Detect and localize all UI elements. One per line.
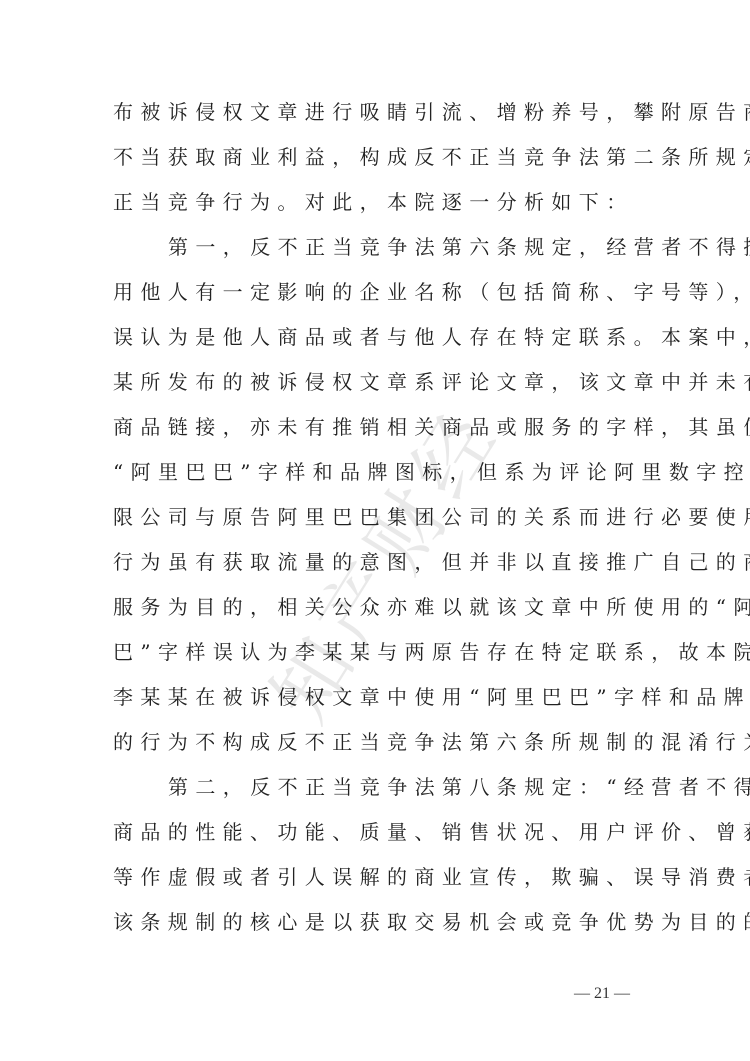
text-line: 误认为是他人商品或者与他人存在特定联系。本案中，李某 [113,315,643,360]
text-line: 正当竞争行为。对此，本院逐一分析如下： [113,180,643,225]
text-line: 等作虚假或者引人误解的商业宣传，欺骗、误导消费者。” [113,855,643,900]
page-number: — 21 — [574,985,630,1003]
text-line: 李某某在被诉侵权文章中使用“阿里巴巴”字样和品牌图标 [113,675,643,720]
text-line: 该条规制的核心是以获取交易机会或竞争优势为目的的商 [113,900,643,945]
text-line: 商品链接，亦未有推销相关商品或服务的字样，其虽使用了 [113,405,643,450]
text-line: 第一，反不正当竞争法第六条规定，经营者不得擅自使 [113,225,643,270]
document-page: 知产财经 布被诉侵权文章进行吸睛引流、增粉养号，攀附原告商誉， 不当获取商业利益… [0,0,750,1061]
text-line: 第二，反不正当竞争法第八条规定：“经营者不得对其 [113,765,643,810]
text-line: “阿里巴巴”字样和品牌图标，但系为评论阿里数字控股有 [113,450,643,495]
document-body: 布被诉侵权文章进行吸睛引流、增粉养号，攀附原告商誉， 不当获取商业利益，构成反不… [113,90,643,945]
text-line: 不当获取商业利益，构成反不正当竞争法第二条所规定的不 [113,135,643,180]
text-line: 布被诉侵权文章进行吸睛引流、增粉养号，攀附原告商誉， [113,90,643,135]
text-line: 某所发布的被诉侵权文章系评论文章，该文章中并未有相关 [113,360,643,405]
text-line: 用他人有一定影响的企业名称（包括简称、字号等），引人 [113,270,643,315]
text-line: 行为虽有获取流量的意图，但并非以直接推广自己的商品或 [113,540,643,585]
text-line: 服务为目的，相关公众亦难以就该文章中所使用的“阿里巴 [113,585,643,630]
text-line: 限公司与原告阿里巴巴集团公司的关系而进行必要使用，其 [113,495,643,540]
text-line: 的行为不构成反不正当竞争法第六条所规制的混淆行为。 [113,720,643,765]
text-line: 商品的性能、功能、质量、销售状况、用户评价、曾获荣誉 [113,810,643,855]
text-line: 巴”字样误认为李某某与两原告存在特定联系，故本院认为 [113,630,643,675]
